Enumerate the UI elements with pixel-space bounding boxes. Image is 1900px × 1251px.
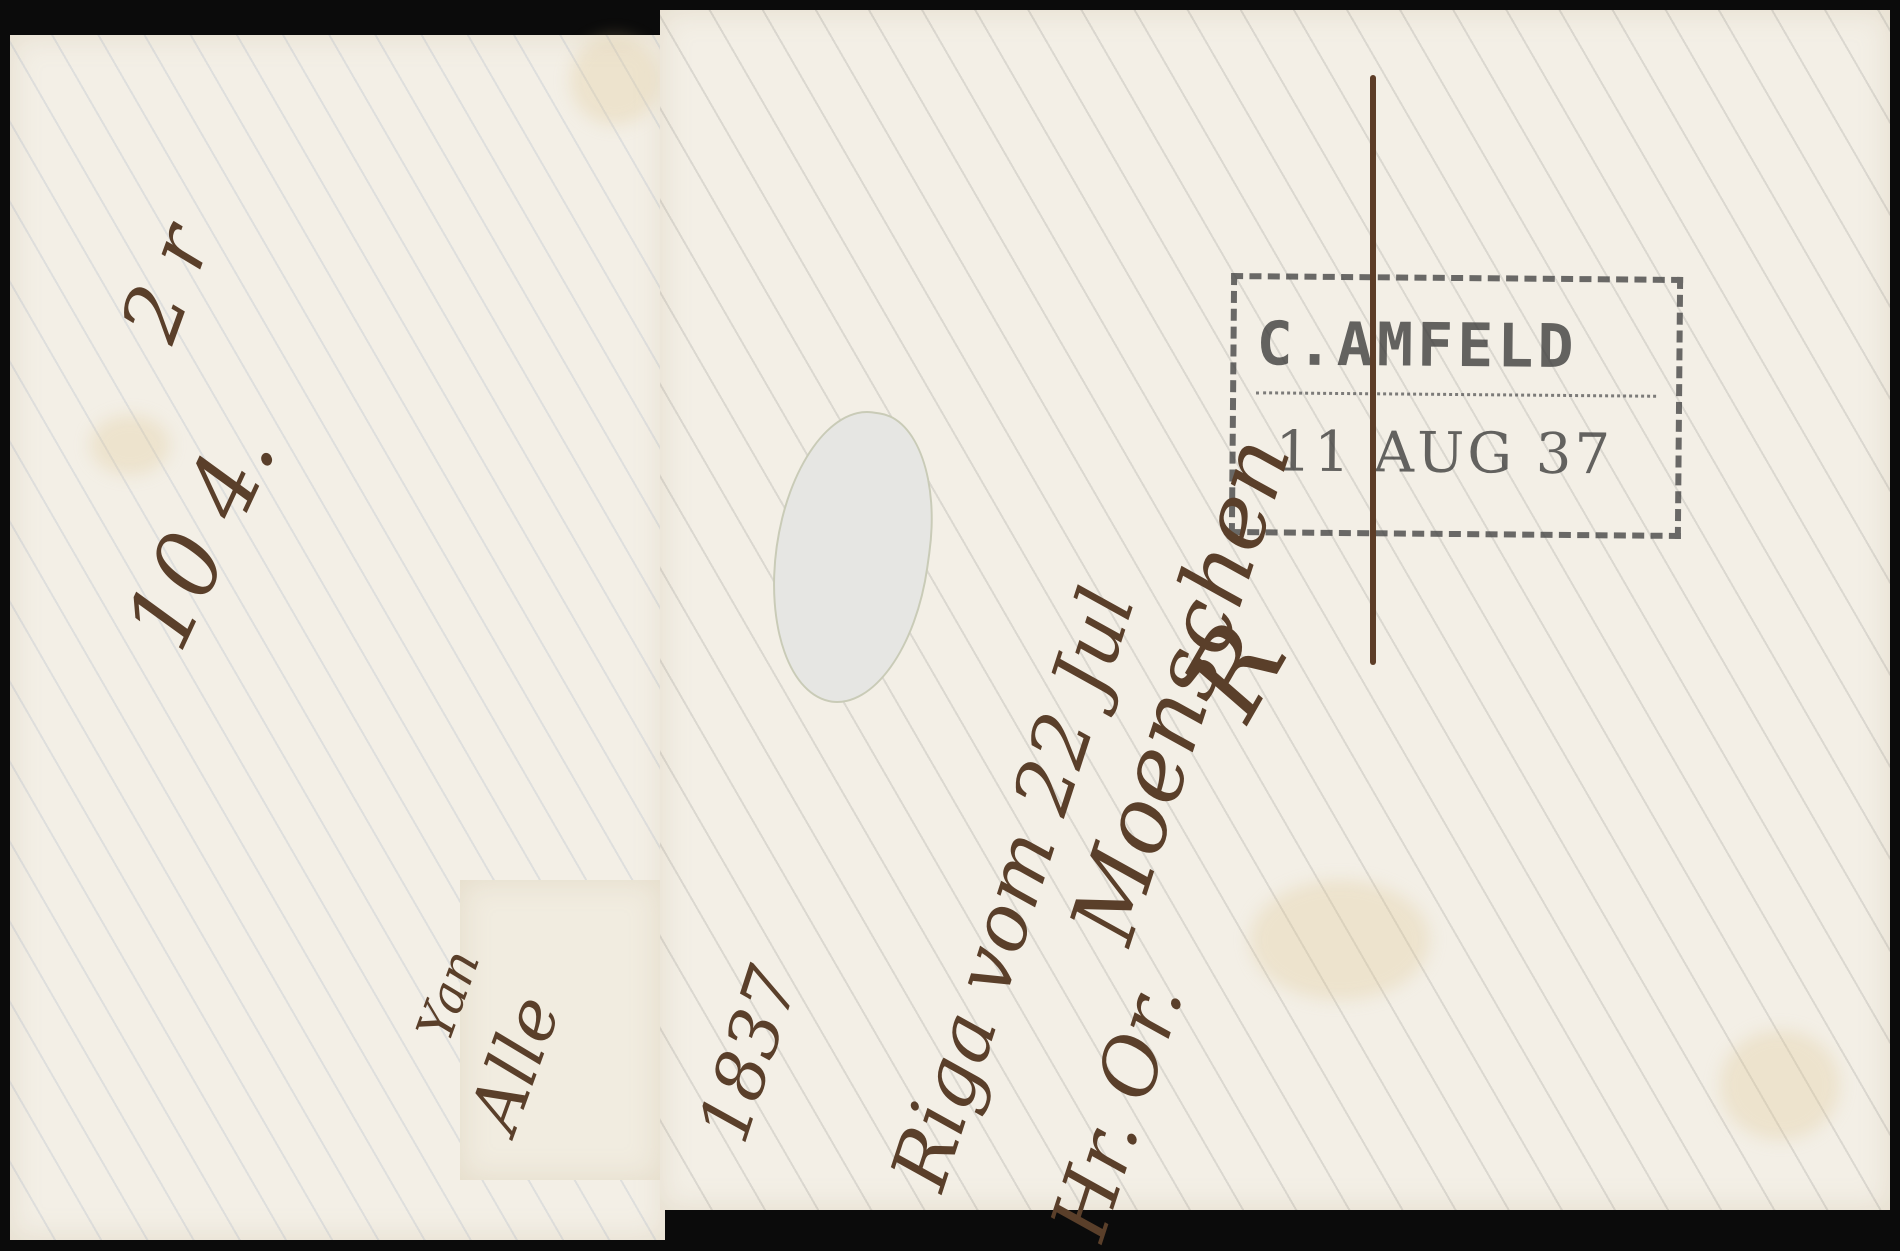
postmark-town: C.AMFELD — [1256, 309, 1578, 382]
foxing-stain — [90, 415, 170, 475]
postmark-date: 11 AUG 37 — [1275, 419, 1613, 487]
inner-fold: Yan Alle — [460, 880, 660, 1180]
foxing-stain — [570, 35, 660, 125]
foxing-stain — [1720, 1030, 1840, 1140]
foxing-stain — [1250, 880, 1430, 1000]
postmark-divider — [1256, 391, 1656, 397]
manuscript-stroke — [1370, 75, 1376, 665]
